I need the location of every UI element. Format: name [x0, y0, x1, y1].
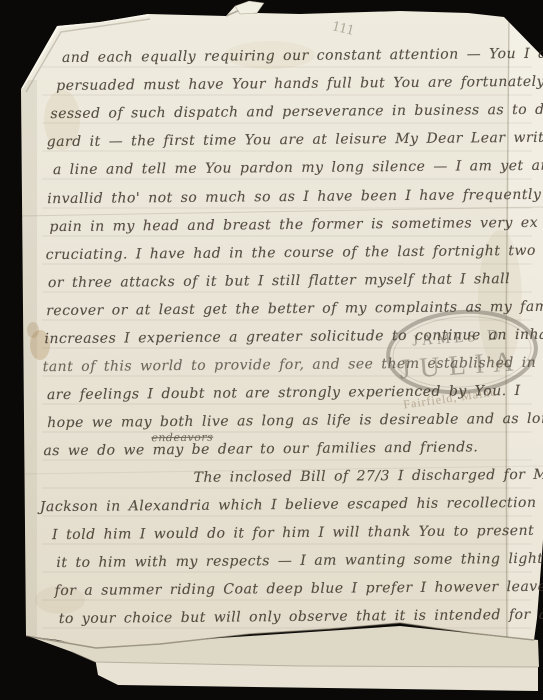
- paper-curl: [235, 1, 264, 14]
- paper-artwork: JAMES D. JULIA Fairfield, Maine: [0, 0, 543, 700]
- letter-sheet: [21, 1, 543, 648]
- stain: [44, 90, 80, 150]
- stain: [27, 322, 39, 338]
- letter-photograph: JAMES D. JULIA Fairfield, Maine and each…: [0, 0, 543, 700]
- edge-shading: [21, 80, 37, 640]
- guide-lines: [42, 67, 532, 628]
- stain: [225, 41, 315, 69]
